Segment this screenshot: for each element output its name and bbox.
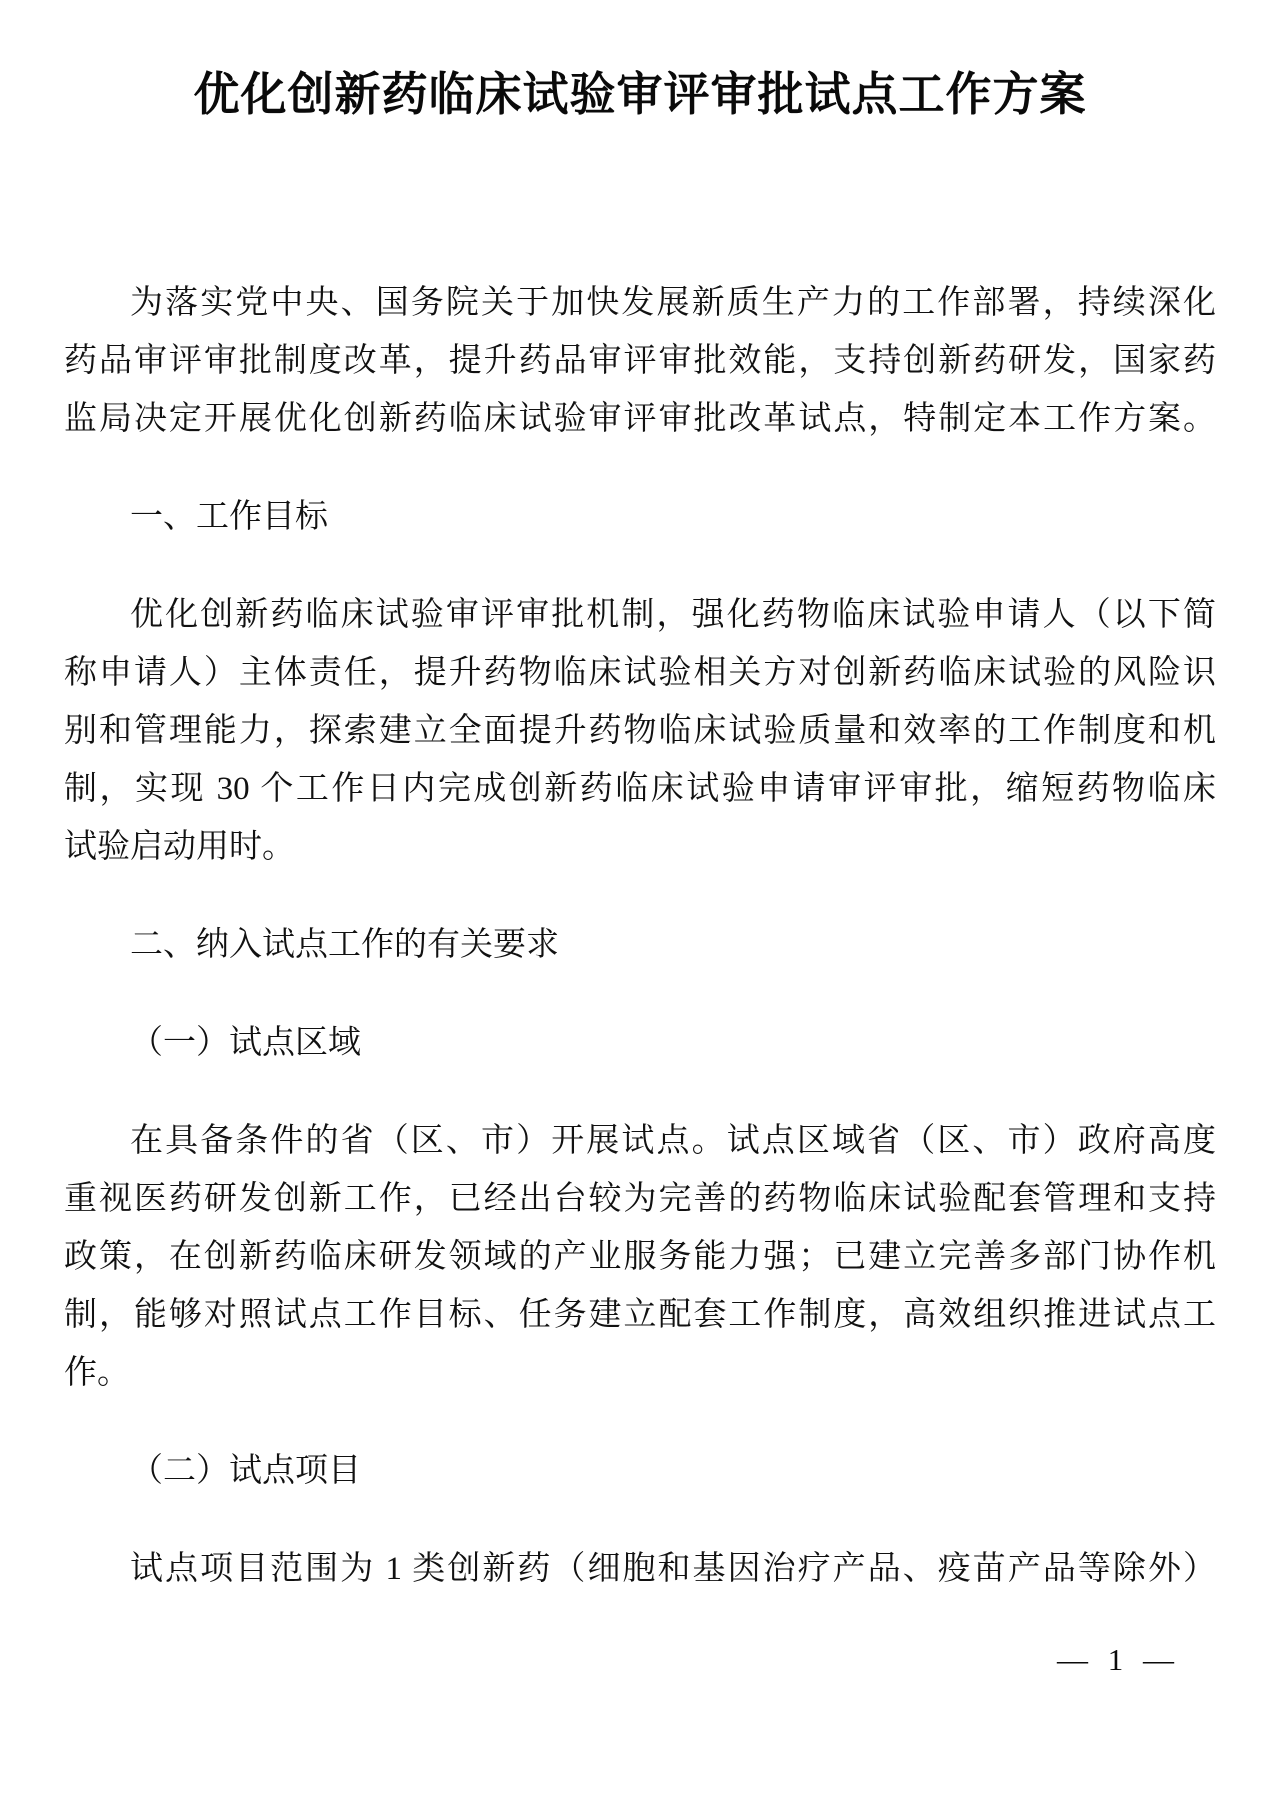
document-body: 为落实党中央、国务院关于加快发展新质生产力的工作部署，持续深化药品审评审批制度改… (64, 274, 1216, 1598)
paragraph: 为落实党中央、国务院关于加快发展新质生产力的工作部署，持续深化药品审评审批制度改… (64, 274, 1216, 448)
text-line: 一、工作目标 (64, 488, 1216, 546)
paragraph: 优化创新药临床试验审评审批机制，强化药物临床试验申请人（以下简称申请人）主体责任… (64, 586, 1216, 876)
section-heading: 一、工作目标 (64, 488, 1216, 546)
text-line: （一）试点区域 (64, 1014, 1216, 1072)
document-content: 优化创新药临床试验审评审批试点工作方案 为落实党中央、国务院关于加快发展新质生产… (0, 0, 1280, 1598)
text-line: （二）试点项目 (64, 1442, 1216, 1500)
page-number: — 1 — (1057, 1640, 1180, 1680)
section-heading: 二、纳入试点工作的有关要求 (64, 916, 1216, 974)
text-line: 别和管理能力，探索建立全面提升药物临床试验质量和效率的工作制度和机 (64, 702, 1216, 760)
text-line: 制，能够对照试点工作目标、任务建立配套工作制度，高效组织推进试点工 (64, 1286, 1216, 1344)
text-line: 优化创新药临床试验审评审批机制，强化药物临床试验申请人（以下简 (64, 586, 1216, 644)
text-line: 药品审评审批制度改革，提升药品审评审批效能，支持创新药研发，国家药 (64, 332, 1216, 390)
text-line: 制，实现 30 个工作日内完成创新药临床试验申请审评审批，缩短药物临床 (64, 760, 1216, 818)
text-line: 政策，在创新药临床研发领域的产业服务能力强；已建立完善多部门协作机 (64, 1228, 1216, 1286)
sub-section-heading: （一）试点区域 (64, 1014, 1216, 1072)
text-line: 监局决定开展优化创新药临床试验审评审批改革试点，特制定本工作方案。 (64, 390, 1216, 448)
text-line: 在具备条件的省（区、市）开展试点。试点区域省（区、市）政府高度 (64, 1112, 1216, 1170)
text-line: 作。 (64, 1344, 1216, 1402)
text-line: 试验启动用时。 (64, 818, 1216, 876)
text-line: 试点项目范围为 1 类创新药（细胞和基因治疗产品、疫苗产品等除外） (64, 1540, 1216, 1598)
sub-section-heading: （二）试点项目 (64, 1442, 1216, 1500)
document-page: 优化创新药临床试验审评审批试点工作方案 为落实党中央、国务院关于加快发展新质生产… (0, 0, 1280, 1809)
text-line: 称申请人）主体责任，提升药物临床试验相关方对创新药临床试验的风险识 (64, 644, 1216, 702)
text-line: 二、纳入试点工作的有关要求 (64, 916, 1216, 974)
text-line: 为落实党中央、国务院关于加快发展新质生产力的工作部署，持续深化 (64, 274, 1216, 332)
paragraph: 在具备条件的省（区、市）开展试点。试点区域省（区、市）政府高度重视医药研发创新工… (64, 1112, 1216, 1402)
document-title: 优化创新药临床试验审评审批试点工作方案 (64, 58, 1216, 132)
text-line: 重视医药研发创新工作，已经出台较为完善的药物临床试验配套管理和支持 (64, 1170, 1216, 1228)
paragraph: 试点项目范围为 1 类创新药（细胞和基因治疗产品、疫苗产品等除外） (64, 1540, 1216, 1598)
